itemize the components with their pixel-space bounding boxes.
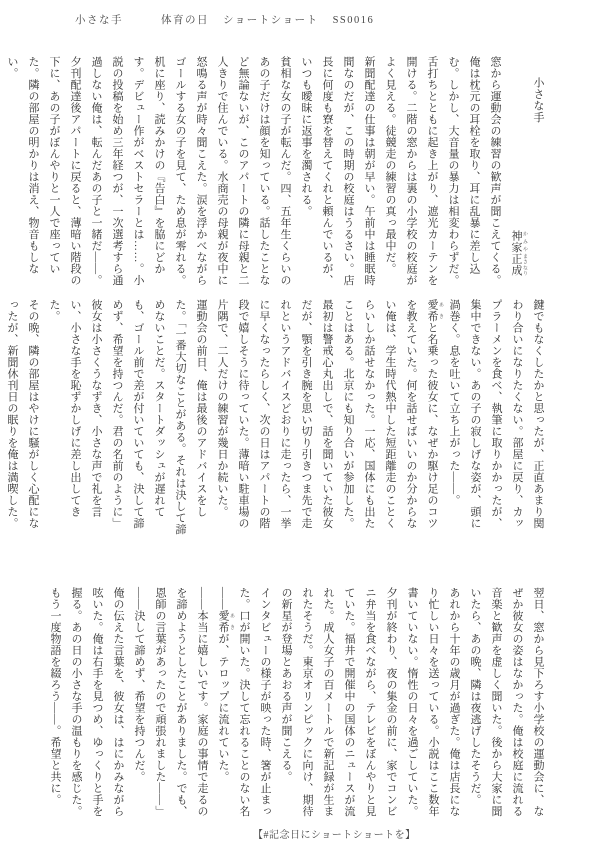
page-footer: 【#記念日にショートショートを】 [253, 826, 416, 841]
story-paragraph: 翌日、窓から見下ろす小学校の運動会に、なぜか彼女の姿はなかった。俺は校庭に流れる… [464, 587, 548, 821]
page-header: 小さな手体育の日ショートショートSS0016 [75, 12, 388, 27]
story-band-middle: 鍵でもなくしたかと思ったが、正直あまり関わり合いになりたくない。部屋に戻り、カッ… [22, 299, 548, 537]
story-paragraph: 新聞配達の仕事は朝が早い。午前中は睡眠時間なのだが、この時期の校庭はうるさい。店… [295, 56, 379, 294]
header-code: SS0016 [333, 15, 375, 26]
header-series: ショートショート [223, 15, 319, 26]
story-band-top: 小さな手 神家かみや正成まさなり 窓から運動会の練習の歓声が聞こえてくる。俺は枕… [22, 56, 548, 294]
story-paragraph: もう一度物語を綴ろう——。希望と共に。 [44, 587, 65, 821]
story-band-bottom: 翌日、窓から見下ろす小学校の運動会に、なぜか彼女の姿はなかった。俺は校庭に流れる… [22, 587, 548, 821]
story-paragraph: ——決して諦めず、希望を持つんだ。 [128, 587, 149, 821]
story-paragraph: 運動会の前日、俺は最後のアドバイスをした。「一番大切なことがある。それは決して諦… [106, 299, 211, 537]
story-paragraph: 窓から運動会の練習の歓声が聞こえてくる。俺は枕元の耳栓を取り、耳に乱暴に差し込む… [379, 56, 505, 294]
header-category: 体育の日 [161, 15, 209, 26]
author-name: 神家かみや正成まさなり [505, 56, 527, 294]
story-paragraph: ——本当に嬉しいです。家庭の事情で走るのを諦めようとしたことがありました。でも、… [149, 587, 212, 821]
story-paragraph: 愛希あきと名乗った彼女に、なぜか駆け足のコツを教えていた。何を話せばいいのか分か… [337, 299, 443, 537]
story-paragraph: その晩、隣の部屋はやけに騒がしく心配になったが、新聞休刊日の眠りを俺は満喫した。 [1, 299, 43, 537]
story-paragraph: 鍵でもなくしたかと思ったが、正直あまり関わり合いになりたくない。部屋に戻り、カッ… [443, 299, 548, 537]
header-title: 小さな手 [75, 15, 123, 26]
story-paragraph: 机に座り、読みかけの『告白』を脇にどかす。デビュー作がベストセラーとは……。小説… [85, 56, 169, 294]
story-paragraph: 最初は警戒心丸出しで、話を聞いていた彼女だが、顎を引き腕を思い切り引きつま先で走… [211, 299, 337, 537]
story-paragraph: インタビューの様子が映った時、箸が止まった。口が開いた。決して忘れることのない名… [212, 587, 275, 821]
footer-label: 【#記念日にショートショートを】 [253, 830, 416, 841]
story-paragraph: あれから十年の歳月が過ぎた。俺は店長になり忙しい日々を送っている。小説はここ数年… [401, 587, 464, 821]
story-paragraph: 貧相な女の子が転んだ。四、五年生くらいのあの子だけは顔を知っている。話したことな… [169, 56, 295, 294]
story-paragraph: 彼女は小さくうなずき、小さな声で礼を言い、小さな手を恥ずかしげに差し出してきた。 [43, 299, 106, 537]
story-paragraph: 夕刊が終わり、夜の集金の前に、家でコンビニ弁当を食べながら、テレビをぼんやりと見… [275, 587, 401, 821]
story-paragraph: 夕刊配達後アパートに戻ると、薄暗い階段の下に、あの子がぼんやりと一人で座っていた… [1, 56, 85, 294]
page: { "page": { "bg": "#ffffff", "text_color… [0, 0, 600, 850]
story-paragraph: 俺の伝えた言葉を、彼女は、はにかみながら呟いた。俺は右手を見つめ、ゆっくりと手を… [65, 587, 128, 821]
story-title: 小さな手 [527, 56, 548, 294]
